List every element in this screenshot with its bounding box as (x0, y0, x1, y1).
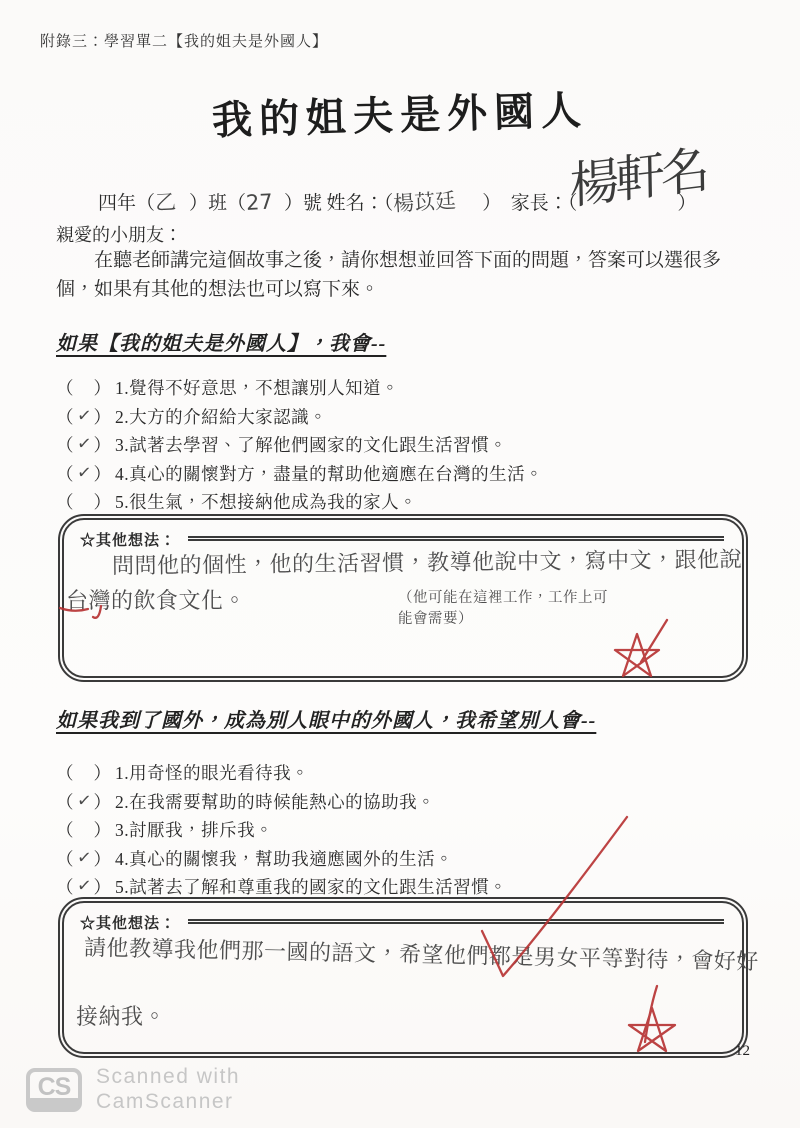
checkbox-label: 5.很生氣，不想接納他成為我的家人。 (115, 492, 417, 512)
checkbox-item: （）3.討厭我，排斥我。 (56, 816, 507, 845)
paren-open: （ (56, 763, 74, 783)
paren-open: （ (56, 820, 74, 840)
checkbox-item: （✓）2.在我需要幫助的時候能熱心的協助我。 (56, 788, 507, 817)
grade-label: 四年（ (98, 193, 155, 214)
paren-close: ） (94, 849, 112, 869)
checkbox-label: 4.真心的關懷對方，盡量的幫助他適應在台灣的生活。 (115, 464, 543, 484)
name-close: ） 家長：（ (463, 193, 577, 214)
double-rule (188, 536, 724, 541)
checkbox-item: （✓）4.真心的關懷我，幫助我適應國外的生活。 (56, 845, 507, 874)
checkbox-label: 1.用奇怪的眼光看待我。 (115, 763, 309, 783)
checkbox-mark: ✓ (72, 429, 95, 459)
checkbox-mark: ✓ (72, 843, 95, 873)
paren-open: （ (56, 435, 74, 455)
camscanner-logo-icon: CS (26, 1068, 82, 1112)
checkbox-label: 3.試著去學習、了解他們國家的文化跟生活習慣。 (115, 435, 507, 455)
checkbox-mark: ✓ (72, 458, 95, 488)
checkbox-item: （✓）3.試著去學習、了解他們國家的文化跟生活習慣。 (56, 431, 543, 460)
appendix-note: 附錄三：學習單二【我的姐夫是外國人】 (40, 30, 328, 51)
paren-close: ） (94, 378, 112, 398)
checkbox-label: 2.大方的介紹給大家認識。 (115, 407, 327, 427)
paren-close: ） (94, 820, 112, 840)
paren-open: （ (56, 378, 74, 398)
seat-label: ）號 姓名：（ (284, 193, 393, 214)
checkbox-item: （✓）2.大方的介紹給大家認識。 (56, 403, 543, 432)
paren-close: ） (94, 763, 112, 783)
checkbox-mark (74, 391, 94, 393)
paren-open: （ (56, 849, 74, 869)
handwritten-answer-1-line-1: 問問他的個性，他的生活習慣，教導他說中文，寫中文，跟他說 (112, 543, 742, 581)
checkbox-item: （）1.用奇怪的眼光看待我。 (56, 759, 507, 788)
handwritten-side-note: （他可能在這裡工作，工作上可 能會需要） (398, 588, 608, 630)
camscanner-watermark: Scanned with CamScanner (96, 1064, 240, 1114)
student-name-handwritten-value: 楊苡廷 (393, 184, 464, 218)
checkbox-mark (74, 833, 94, 835)
checkbox-item: （✓）4.真心的關懷對方，盡量的幫助他適應在台灣的生活。 (56, 460, 543, 489)
handwritten-answer-1-line-2: 台灣的飲食文化。 (66, 584, 246, 615)
paren-close: ） (94, 407, 112, 427)
paren-close: ） (94, 464, 112, 484)
paren-open: （ (56, 464, 74, 484)
watermark-line-2: CamScanner (96, 1089, 240, 1114)
other-ideas-label: ☆其他想法： (80, 529, 176, 550)
checkbox-item: （）5.很生氣，不想接納他成為我的家人。 (56, 488, 543, 517)
checkbox-mark: ✓ (72, 401, 95, 431)
other-ideas-box-2: ☆其他想法： (58, 897, 748, 1058)
scanned-worksheet-page: 附錄三：學習單二【我的姐夫是外國人】 我的姐夫是外國人 四年（乙）班（27）號 … (0, 0, 800, 1128)
paren-close: ） (94, 877, 112, 897)
page-number: 12 (735, 1043, 750, 1060)
double-rule (188, 919, 724, 924)
paren-open: （ (56, 492, 74, 512)
checkbox-label: 3.討厭我，排斥我。 (115, 820, 273, 840)
checkbox-label: 2.在我需要幫助的時候能熱心的協助我。 (115, 792, 435, 812)
other-ideas-label: ☆其他想法： (80, 912, 176, 933)
section2-heading: 如果我到了國外，成為別人眼中的外國人，我希望別人會-- (56, 704, 596, 733)
salutation: 親愛的小朋友： (56, 221, 182, 247)
intro-paragraph: 在聽老師講完這個故事之後，請你想想並回答下面的問題，答案可以選很多個，如果有其他… (56, 246, 740, 304)
checkbox-label: 5.試著去了解和尊重我的國家的文化跟生活習慣。 (115, 877, 507, 897)
paren-open: （ (56, 792, 74, 812)
camscanner-logo-bar (29, 1098, 79, 1109)
paren-open: （ (56, 407, 74, 427)
worksheet-title: 我的姐夫是外國人 (0, 73, 800, 152)
section1-heading: 如果【我的姐夫是外國人】，我會-- (56, 327, 386, 356)
parent-signature-slot: 楊軒名 (577, 187, 677, 209)
paren-close: ） (94, 792, 112, 812)
section2-checkbox-list: （）1.用奇怪的眼光看待我。 （✓）2.在我需要幫助的時候能熱心的協助我。 （）… (56, 759, 507, 902)
checkbox-item: （）1.覺得不好意思，不想讓別人知道。 (56, 374, 543, 403)
checkbox-label: 1.覺得不好意思，不想讓別人知道。 (115, 378, 399, 398)
student-info-line: 四年（乙）班（27）號 姓名：（楊苡廷 ） 家長：（楊軒名） (98, 186, 696, 216)
section1-checkbox-list: （）1.覺得不好意思，不想讓別人知道。 （✓）2.大方的介紹給大家認識。 （✓）… (56, 374, 543, 517)
class-label: ）班（ (189, 193, 246, 214)
paren-close: ） (94, 435, 112, 455)
seat-number-handwritten-value: 27 (245, 189, 284, 215)
paren-open: （ (56, 877, 74, 897)
handwritten-answer-2-line-2: 接納我。 (76, 1000, 166, 1031)
other-ideas-box-2-header: ☆其他想法： (64, 903, 742, 933)
paren-close: ） (94, 492, 112, 512)
checkbox-mark (74, 505, 94, 507)
checkbox-mark (74, 776, 94, 778)
checkbox-mark: ✓ (72, 786, 95, 816)
checkbox-label: 4.真心的關懷我，幫助我適應國外的生活。 (115, 849, 453, 869)
class-handwritten-value: 乙 (154, 185, 190, 217)
watermark-line-1: Scanned with (96, 1064, 240, 1089)
